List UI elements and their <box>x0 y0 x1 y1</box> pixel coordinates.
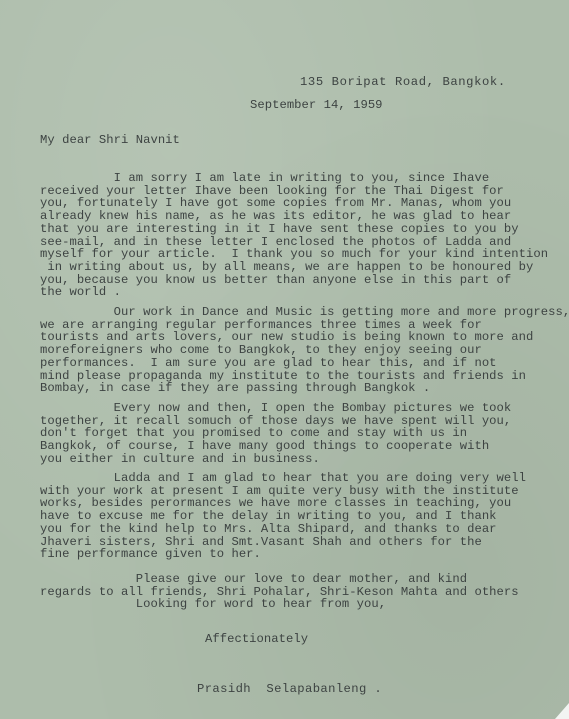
text-line: that you are interesting in it I have se… <box>40 223 548 236</box>
text-line: Bombay, in case if they are passing thro… <box>40 382 569 395</box>
text-line: Looking for word to hear from you, <box>40 598 519 611</box>
text-line: you either in culture and in business. <box>40 453 511 466</box>
letter-paper: 135 Boripat Road, Bangkok. September 14,… <box>0 0 569 719</box>
sender-address: 135 Boripat Road, Bangkok. <box>300 76 506 89</box>
salutation: My dear Shri Navnit <box>40 134 180 147</box>
text-line: in writing about us, by all means, we ar… <box>40 261 548 274</box>
closing: Affectionately <box>205 633 308 646</box>
text-line: the world . <box>40 286 548 299</box>
paragraph-2: Our work in Dance and Music is getting m… <box>40 306 569 395</box>
paragraph-4: Ladda and I am glad to hear that you are… <box>40 472 526 561</box>
signature: Prasidh Selapabanleng . <box>197 683 382 696</box>
text-line: fine performance given to her. <box>40 548 526 561</box>
text-line: Ladda and I am glad to hear that you are… <box>40 472 526 485</box>
text-line: I am sorry I am late in writing to you, … <box>40 172 548 185</box>
text-line: have to excuse me for the delay in writi… <box>40 510 526 523</box>
letter-date: September 14, 1959 <box>250 99 383 112</box>
text-line: moreforeigners who come to Bangkok, to t… <box>40 344 569 357</box>
paragraph-1: I am sorry I am late in writing to you, … <box>40 172 548 299</box>
text-line: performances. I am sure you are glad to … <box>40 357 569 370</box>
text-line: Please give our love to dear mother, and… <box>40 573 519 586</box>
torn-corner <box>555 703 569 719</box>
paragraph-3: Every now and then, I open the Bombay pi… <box>40 402 511 466</box>
paragraph-5: Please give our love to dear mother, and… <box>40 573 519 611</box>
text-line: Every now and then, I open the Bombay pi… <box>40 402 511 415</box>
text-line: Bangkok, of course, I have many good thi… <box>40 440 511 453</box>
text-line: already knew his name, as he was its edi… <box>40 210 548 223</box>
text-line: you for the kind help to Mrs. Alta Shipa… <box>40 523 526 536</box>
text-line: Our work in Dance and Music is getting m… <box>40 306 569 319</box>
